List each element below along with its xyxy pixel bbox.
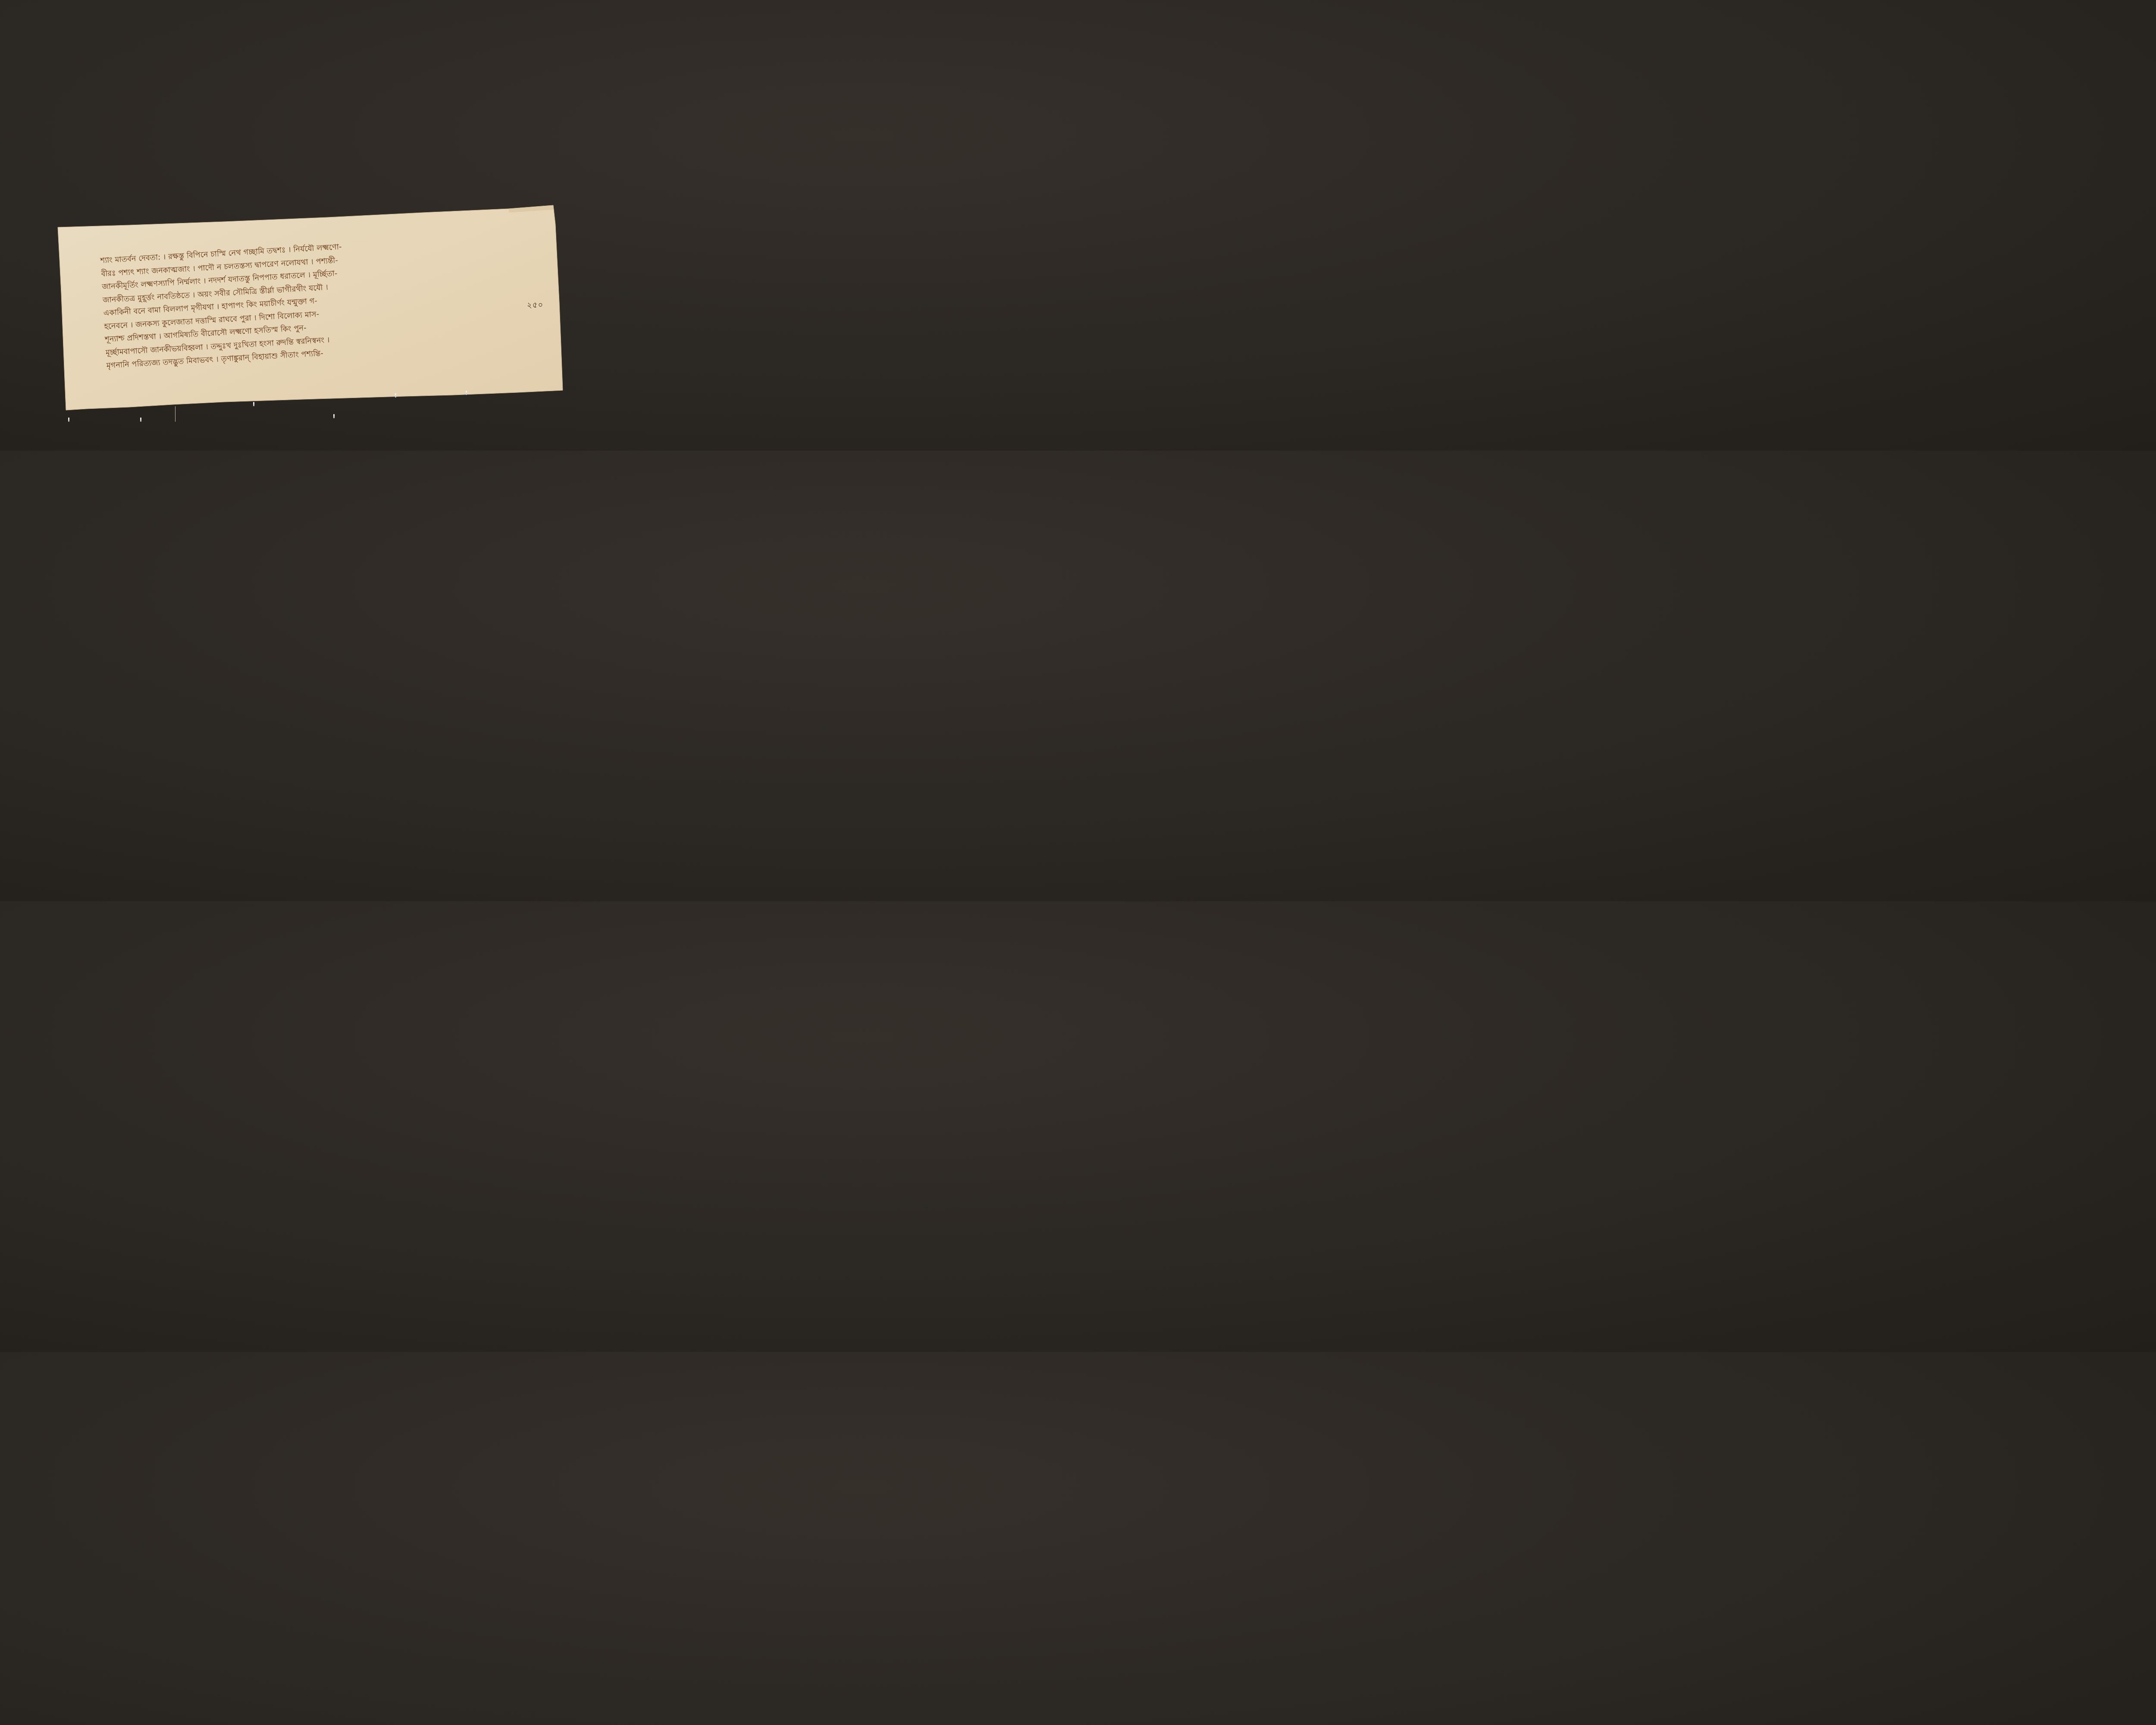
mounting-pin bbox=[333, 414, 335, 418]
mounting-pin bbox=[395, 393, 396, 398]
mounting-pin bbox=[253, 402, 254, 406]
loose-thread bbox=[175, 406, 175, 422]
mounting-pin bbox=[68, 417, 69, 422]
manuscript-text-block: শ্যাং মাতর্বন দেবতা: । রক্ষস্তু বিপিনে চ… bbox=[100, 229, 542, 373]
mounting-pin bbox=[466, 391, 467, 395]
folio-number: ২৫০ bbox=[527, 299, 543, 312]
paper-sheet-shape bbox=[0, 0, 676, 451]
manuscript-folio bbox=[0, 0, 676, 451]
mounting-pin bbox=[140, 417, 141, 422]
